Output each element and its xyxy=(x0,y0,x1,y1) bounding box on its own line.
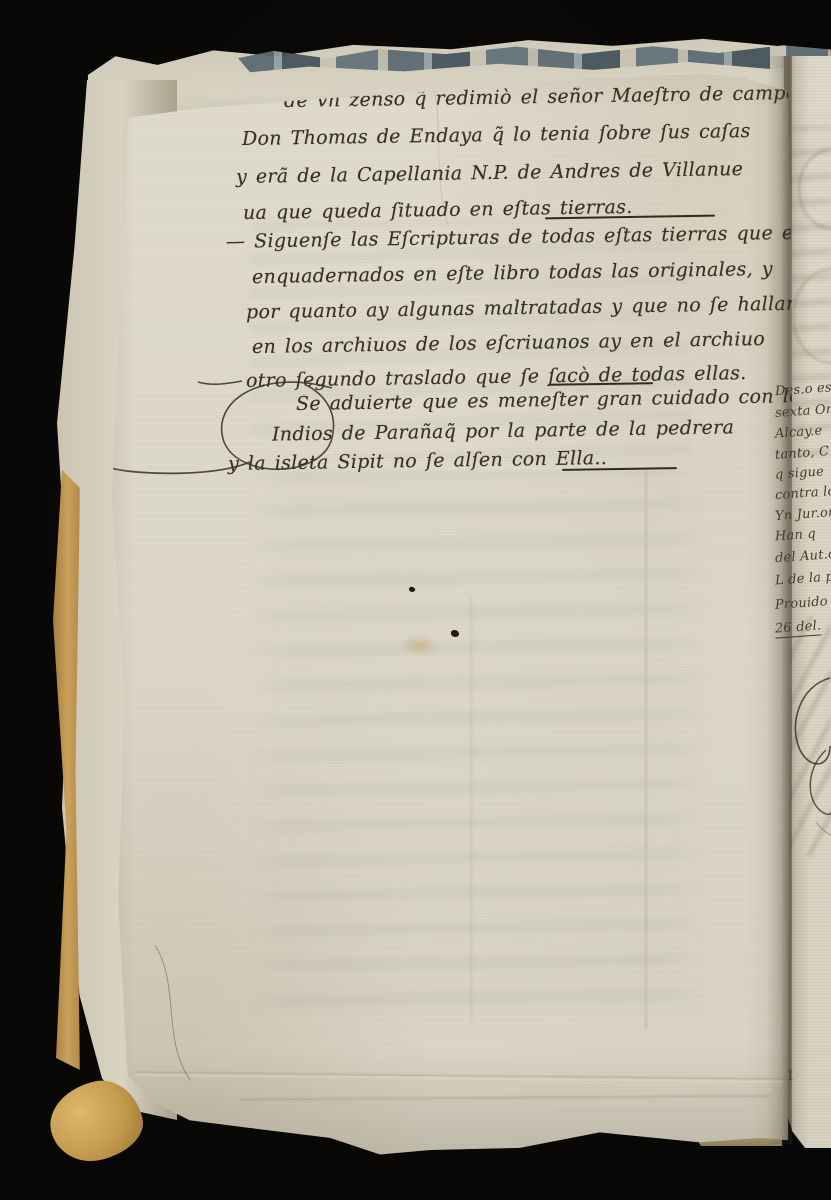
marginalia-fragment: tanto, C xyxy=(775,444,830,463)
marginalia-fragment: Yn Jur.on xyxy=(775,505,831,524)
paper-crease xyxy=(135,1067,785,1086)
parchment-sliver xyxy=(50,470,80,1070)
rubric-flourish xyxy=(786,672,831,842)
manuscript-page: de vn zenso q̃ redimiò el señor Maeſtro … xyxy=(100,55,795,1160)
paper-crease xyxy=(240,1091,770,1104)
manuscript-photo: Des.o esc sexta Or Alcay.e tanto, C q si… xyxy=(0,0,831,1200)
manuscript-line: Don Thomas de Endaya q̃ lo tenia ſobre ſ… xyxy=(242,120,751,150)
marginalia-fragment: q sigue xyxy=(775,464,825,482)
marginalia-fragment: del Aut.o xyxy=(775,547,831,566)
paper-crease xyxy=(470,595,472,1025)
marginalia-fragment: Han q xyxy=(775,527,817,545)
marginalia-fragment: Des.o esc xyxy=(775,380,831,399)
reverse-side-bleedthrough xyxy=(245,470,710,1015)
paper-crease xyxy=(645,470,647,1030)
marginalia-fragment: sexta Or xyxy=(775,402,831,421)
stain xyxy=(399,635,439,656)
ink-spot xyxy=(451,630,459,637)
marginalia-fragment: 26 del. xyxy=(774,618,821,638)
marginalia-fragment: Prouido xyxy=(775,594,829,613)
marginalia-fragment: contra lo xyxy=(775,484,831,503)
manuscript-line: y erã de la Capellania N.P. de Andres de… xyxy=(236,158,744,188)
facing-page-marginalia: Des.o esc sexta Or Alcay.e tanto, C q si… xyxy=(772,382,831,682)
marginalia-fragment: L de la per xyxy=(775,568,831,588)
marginalia-fragment: Alcay.e xyxy=(775,423,823,441)
